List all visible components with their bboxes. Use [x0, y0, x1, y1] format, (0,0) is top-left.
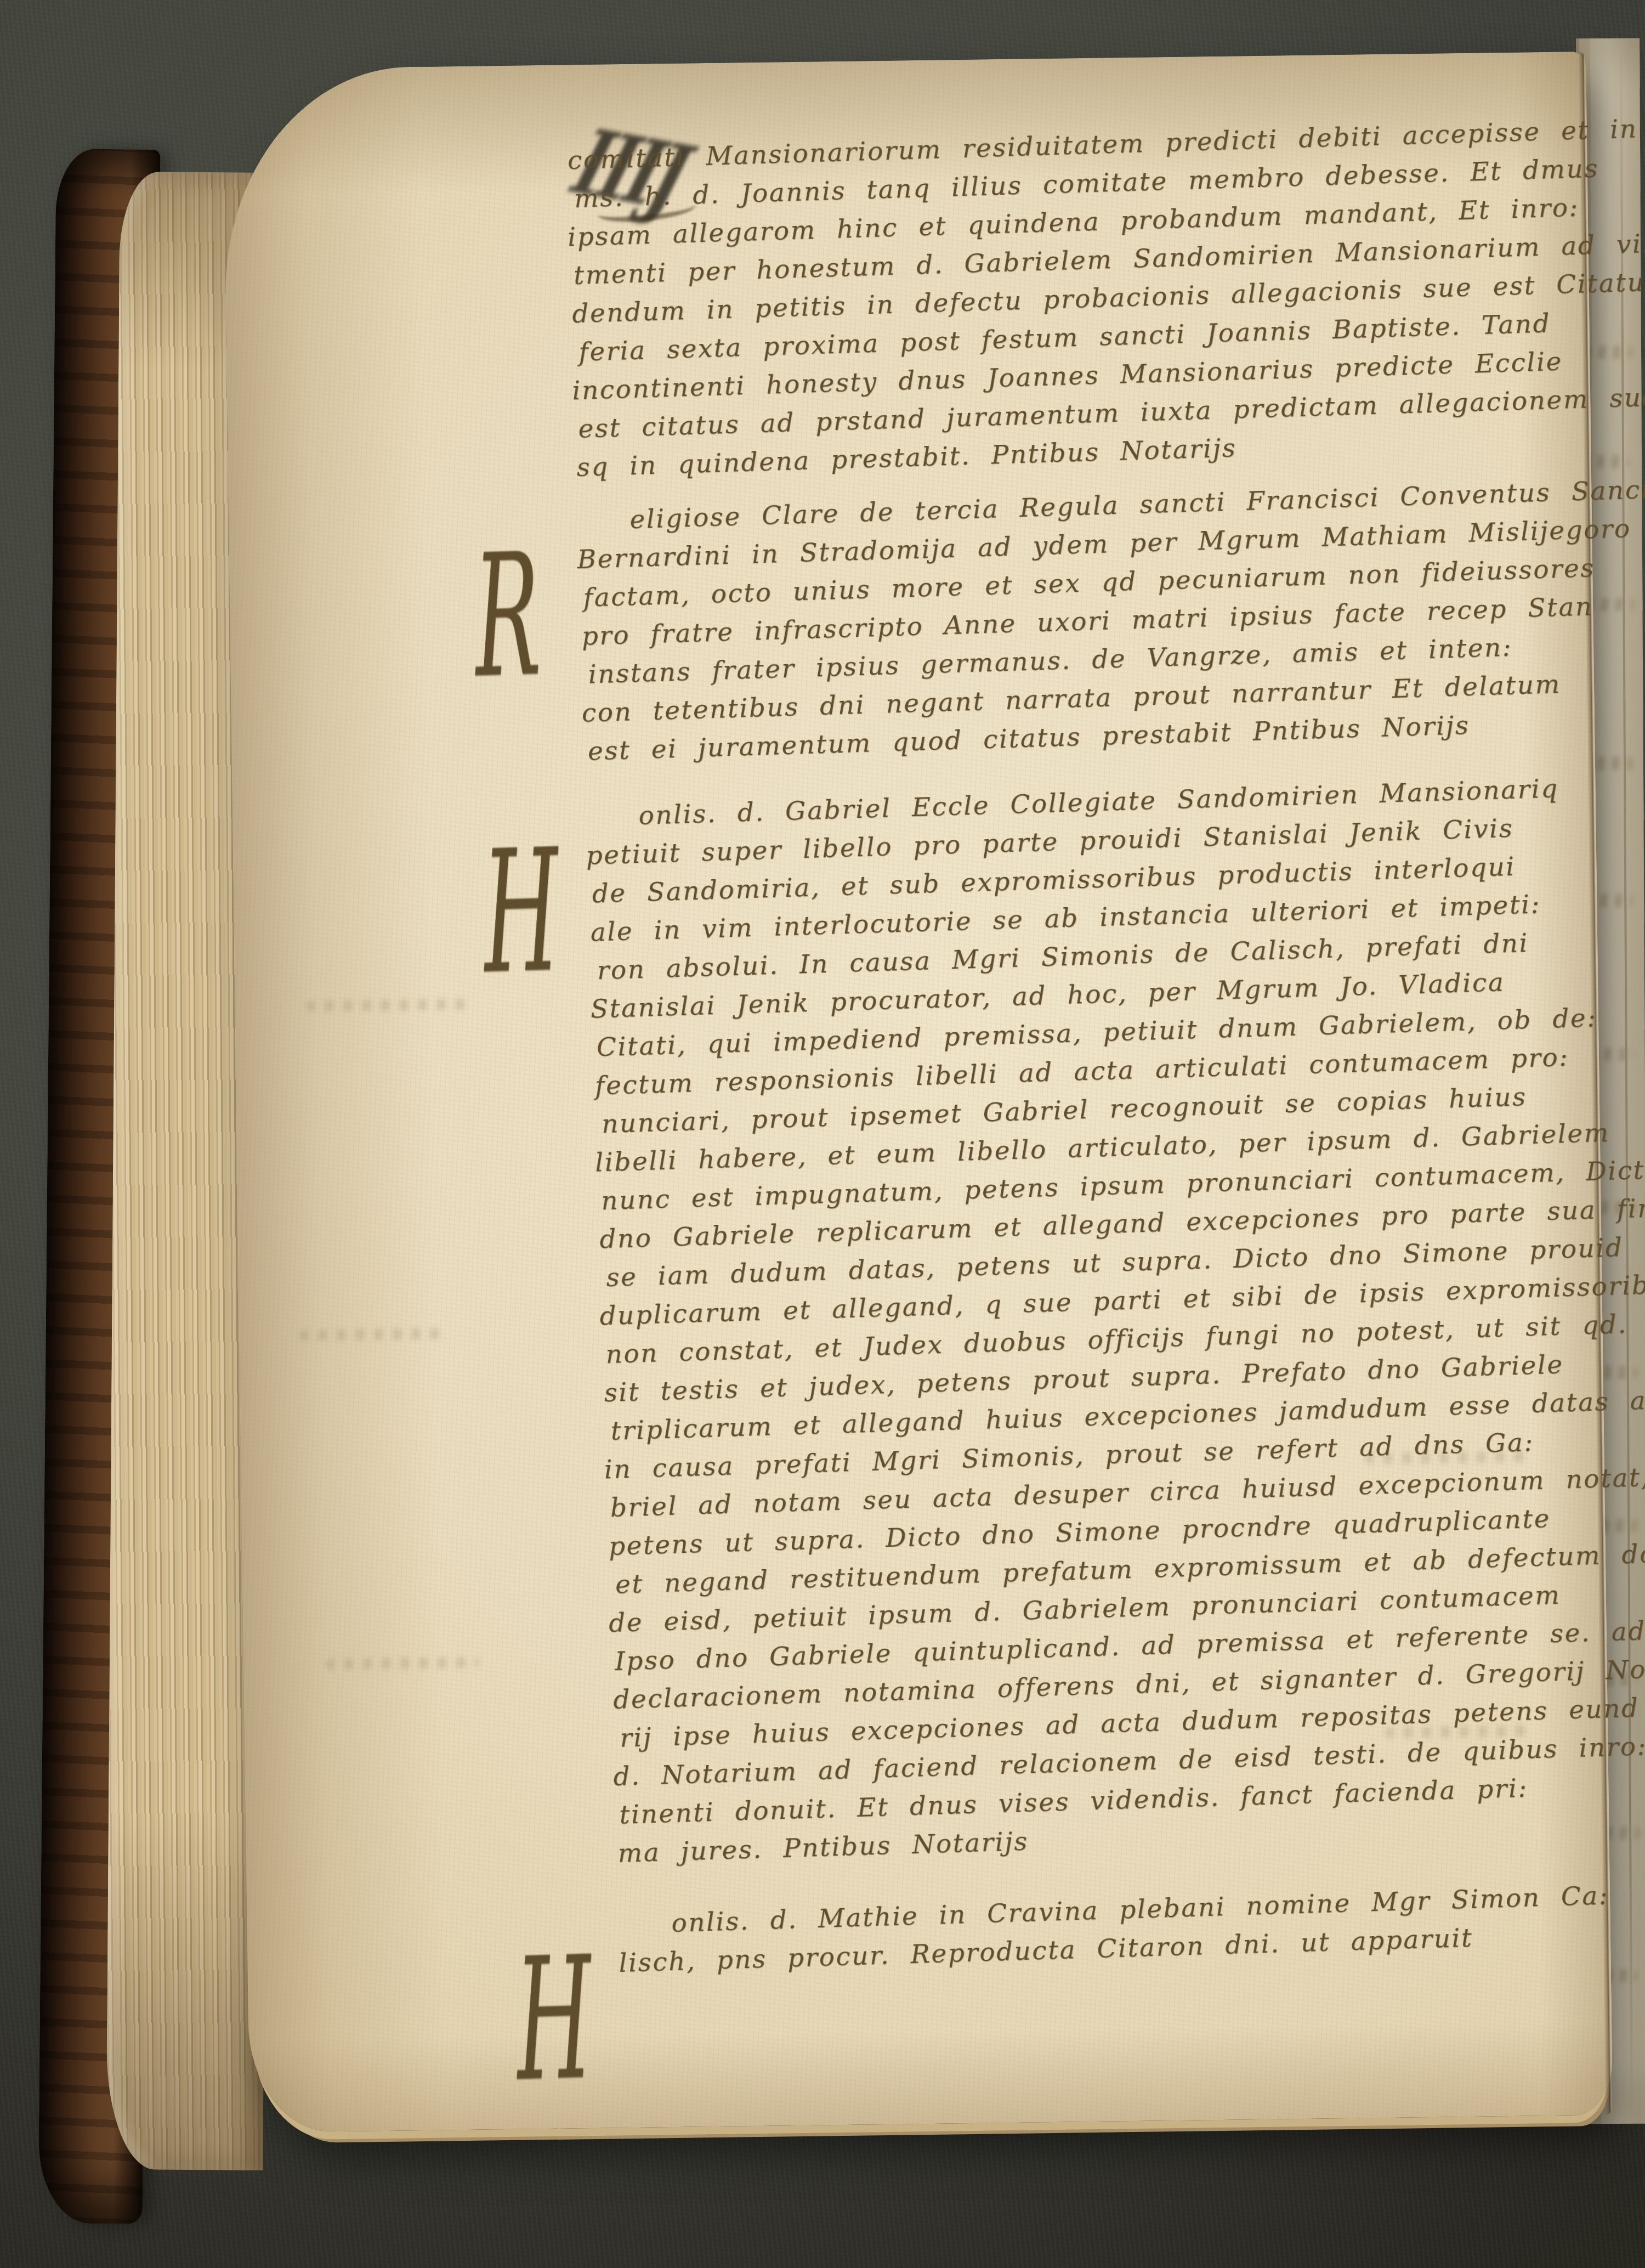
paragraph: Honlis. d. Gabriel Eccle Collegiate Sand…: [583, 767, 1645, 1873]
paragraph: Honlis. d. Mathie in Cravina plebani nom…: [616, 1874, 1645, 1983]
bleedthrough-mark: [326, 1657, 479, 1670]
archive-photo: IIIJ comitati Mansionariorum residuitate…: [0, 0, 1645, 2268]
text-block: comitati Mansionariorum residuitatem pre…: [564, 110, 1645, 1983]
illuminated-initial: H: [480, 813, 563, 1012]
manuscript-page: IIIJ comitati Mansionariorum residuitate…: [223, 52, 1613, 2133]
paragraph: comitati Mansionariorum residuitatem pre…: [564, 110, 1643, 488]
illuminated-initial: H: [513, 1920, 596, 2119]
paragraph: Religiose Clare de tercia Regula sancti …: [575, 471, 1645, 771]
illuminated-initial: R: [472, 517, 544, 716]
bleedthrough-mark: [306, 999, 470, 1012]
bleedthrough-mark: [299, 1328, 442, 1341]
